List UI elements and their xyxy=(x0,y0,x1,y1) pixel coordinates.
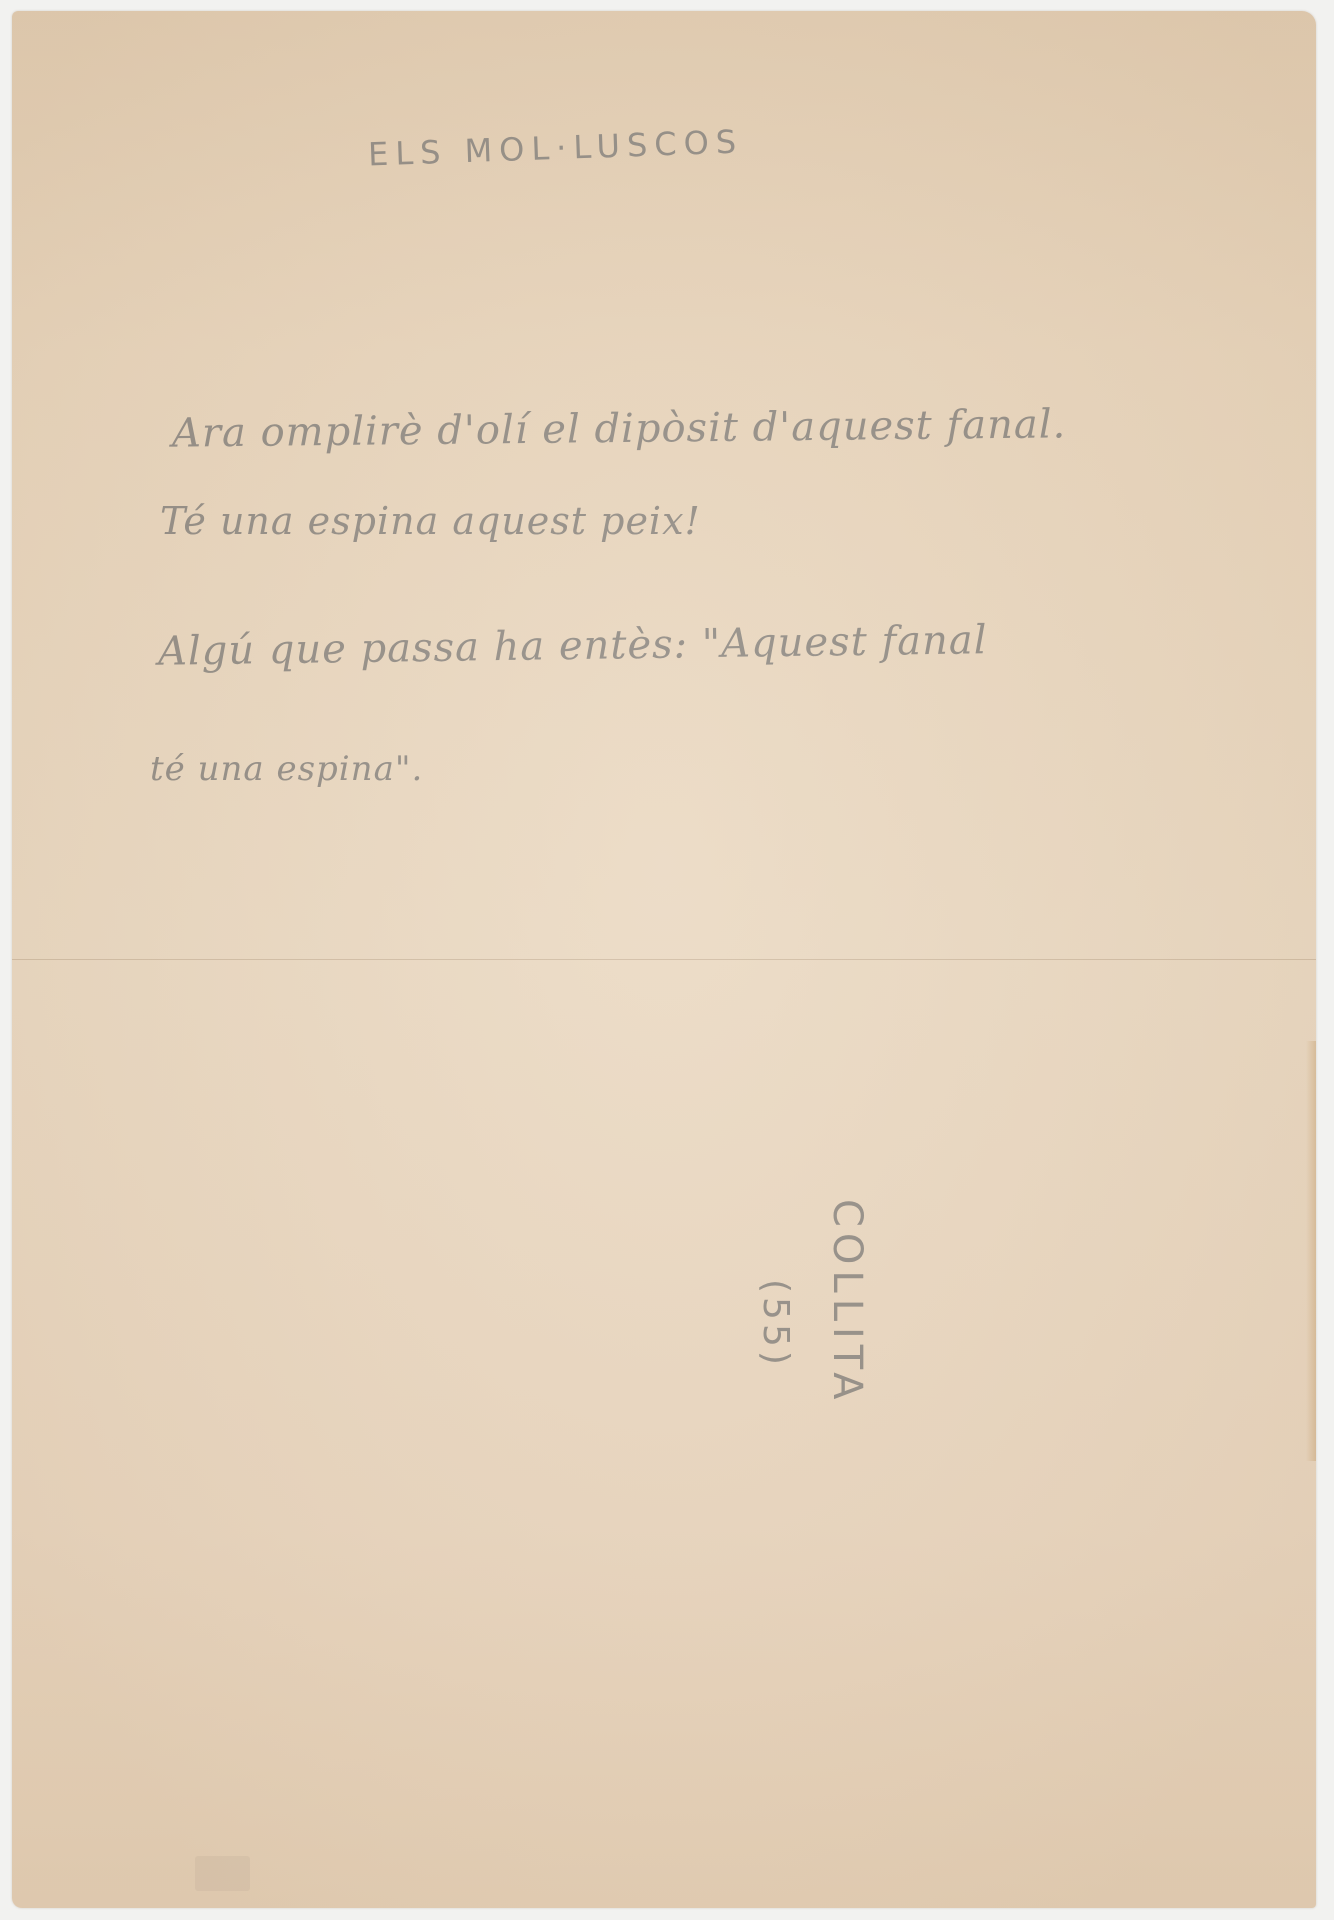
margin-note-number: (55) xyxy=(755,1279,796,1369)
text-line-2: Té una espina aquest peix! xyxy=(160,499,701,543)
paper-fold-line xyxy=(12,959,1316,960)
page-title: ELS MOL·LUSCOS xyxy=(367,122,743,173)
manuscript-page: ELS MOL·LUSCOS Ara omplirè d'olí el dipò… xyxy=(12,11,1316,1908)
margin-note-collita: COLLITA xyxy=(824,1199,870,1405)
faint-stamp-mark xyxy=(195,1856,250,1891)
text-line-3: Algú que passa ha entès: "Aquest fanal xyxy=(158,617,988,675)
worn-right-edge xyxy=(1306,1041,1316,1461)
text-line-4: té una espina". xyxy=(150,749,423,789)
text-line-1: Ara omplirè d'olí el dipòsit d'aquest fa… xyxy=(172,401,1067,456)
